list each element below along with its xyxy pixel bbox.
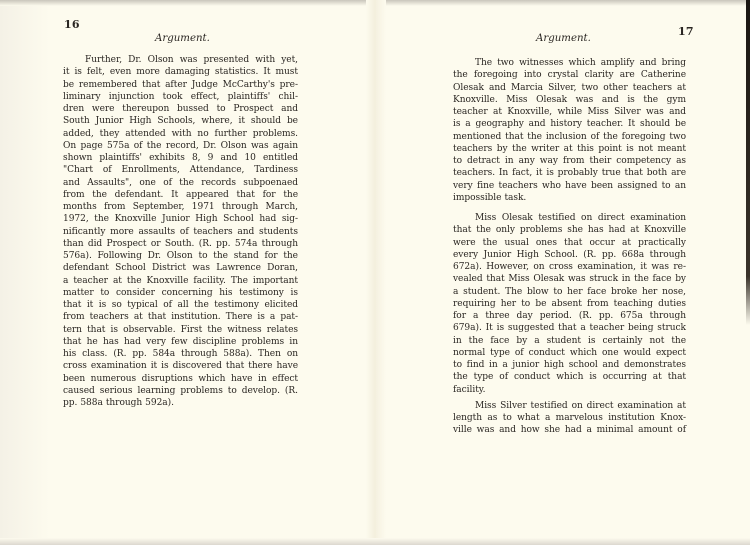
- book-spread: 16 Argument. Further, Dr. Olson was pres…: [0, 0, 750, 545]
- text-line: "Chart of Enrollments, Attendance, Tardi…: [63, 164, 298, 176]
- paragraph: Miss Silver testified on direct examinat…: [453, 400, 686, 437]
- text-line: defendant School District was Lawrence D…: [63, 262, 298, 274]
- text-line: Knoxville. Miss Olesak was and is the gy…: [453, 94, 686, 106]
- text-line: 576a). Following Dr. Olson to the stand …: [63, 250, 298, 262]
- text-line: Miss Olesak testified on direct examinat…: [453, 212, 686, 224]
- page-number: 17: [678, 25, 694, 38]
- text-line: caused serious learning problems to deve…: [63, 385, 298, 397]
- paragraph: Miss Olesak testified on direct examinat…: [453, 212, 686, 396]
- text-line: for a three day period. (R. pp. 675a thr…: [453, 310, 686, 322]
- page-number: 16: [64, 18, 80, 31]
- right-cover-edge: [746, 0, 750, 325]
- text-line: 672a). However, on cross examination, it…: [453, 261, 686, 273]
- book-gutter: [366, 0, 386, 545]
- text-line: tern that is observable. First the witne…: [63, 324, 298, 336]
- body-text: Further, Dr. Olson was presented with ye…: [63, 54, 298, 409]
- text-line: matter to consider concerning his testim…: [63, 287, 298, 299]
- text-line: mentioned that the inclusion of the fore…: [453, 131, 686, 143]
- text-line: than did Prospect or South. (R. pp. 574a…: [63, 238, 298, 250]
- text-line: from teachers at that institution. There…: [63, 311, 298, 323]
- text-line: to find in a junior high school and demo…: [453, 359, 686, 371]
- text-line: On page 575a of the record, Dr. Olson wa…: [63, 140, 298, 152]
- text-line: length as to what a marvelous institutio…: [453, 412, 686, 424]
- text-line: Miss Silver testified on direct examinat…: [453, 400, 686, 412]
- paragraph: Further, Dr. Olson was presented with ye…: [63, 54, 298, 409]
- text-line: be remembered that after Judge McCarthy'…: [63, 79, 298, 91]
- right-page: 17 Argument. The two witnesses which amp…: [386, 0, 746, 545]
- text-line: cross examination it is discovered that …: [63, 360, 298, 372]
- text-line: that the only problems she has had at Kn…: [453, 224, 686, 236]
- text-line: a teacher at the Knoxville facility. The…: [63, 275, 298, 287]
- text-line: that it is so typical of all the testimo…: [63, 299, 298, 311]
- text-line: it is felt, even more damaging statistic…: [63, 66, 298, 78]
- running-head: Argument.: [155, 33, 210, 44]
- text-line: in the face by a student is certainly no…: [453, 335, 686, 347]
- text-line: shown plaintiffs' exhibits 8, 9 and 10 e…: [63, 152, 298, 164]
- text-line: the type of conduct which is occurring a…: [453, 371, 686, 383]
- text-line: months from September, 1971 through Marc…: [63, 201, 298, 213]
- text-line: impossible task.: [453, 192, 686, 204]
- text-line: and Assaults", one of the records subpoe…: [63, 177, 298, 189]
- text-line: facility.: [453, 384, 686, 396]
- text-line: a student. The blow to her face broke he…: [453, 286, 686, 298]
- text-line: South Junior High Schools, where, it sho…: [63, 115, 298, 127]
- text-line: every Junior High School. (R. pp. 668a t…: [453, 249, 686, 261]
- text-line: Further, Dr. Olson was presented with ye…: [63, 54, 298, 66]
- text-line: from the defendant. It appeared that for…: [63, 189, 298, 201]
- text-line: ville was and how she had a minimal amou…: [453, 424, 686, 436]
- text-line: been numerous disruptions which have in …: [63, 373, 298, 385]
- paragraph: The two witnesses which amplify and brin…: [453, 57, 686, 204]
- text-line: that he has had very few discipline prob…: [63, 336, 298, 348]
- text-line: vealed that Miss Olesak was struck in th…: [453, 273, 686, 285]
- text-line: teacher at Knoxville, while Miss Silver …: [453, 106, 686, 118]
- text-line: his class. (R. pp. 584a through 588a). T…: [63, 348, 298, 360]
- running-head: Argument.: [536, 33, 591, 44]
- text-line: Olesak and Marcia Silver, two other teac…: [453, 82, 686, 94]
- text-line: requiring her to be absent from teaching…: [453, 298, 686, 310]
- text-line: 679a). It is suggested that a teacher be…: [453, 322, 686, 334]
- text-line: is a geography and history teacher. It s…: [453, 118, 686, 130]
- body-text: The two witnesses which amplify and brin…: [453, 57, 686, 437]
- text-line: 1972, the Knoxville Junior High School h…: [63, 213, 298, 225]
- left-page: 16 Argument. Further, Dr. Olson was pres…: [0, 0, 366, 545]
- text-line: liminary injunction took effect, plainti…: [63, 91, 298, 103]
- text-line: to detract in any way from their compete…: [453, 155, 686, 167]
- text-line: normal type of conduct which one would e…: [453, 347, 686, 359]
- text-line: The two witnesses which amplify and brin…: [453, 57, 686, 69]
- text-line: were the usual ones that occur at practi…: [453, 237, 686, 249]
- text-line: very fine teachers who have been assigne…: [453, 180, 686, 192]
- text-line: the foregoing into crystal clarity are C…: [453, 69, 686, 81]
- text-line: teachers by the writer at this point is …: [453, 143, 686, 155]
- text-line: dren were thereupon bussed to Prospect a…: [63, 103, 298, 115]
- text-line: pp. 588a through 592a).: [63, 397, 298, 409]
- text-line: added, they attended with no further pro…: [63, 128, 298, 140]
- text-line: teachers. In fact, it is probably true t…: [453, 167, 686, 179]
- text-line: nificantly more assaults of teachers and…: [63, 226, 298, 238]
